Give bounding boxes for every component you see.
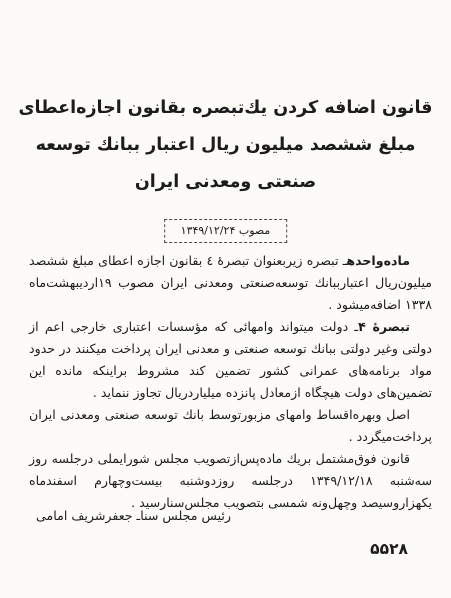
paragraph-ratification: قانون فوق‌مشتمل بريك ماده‌پس‌ازتصويب مجل… [29, 448, 432, 514]
title-line-2: مبلغ ششصد ميليون ريال اعتبار ببانك توسعه [10, 127, 441, 164]
paragraph-repayment: اصل وبهره‌اقساط وامهای مزبورتوسط بانك تو… [29, 404, 432, 448]
note-4-lead: تبصرهٔ ۴ [358, 319, 410, 334]
single-article-lead: ماده‌واحده [346, 253, 410, 268]
paragraph-note-4: تبصرهٔ ۴ـ دولت ميتواند وامهائی كه مؤسسات… [29, 316, 432, 404]
ratification-text: قانون فوق‌مشتمل بريك ماده‌پس‌ازتصويب مجل… [29, 451, 432, 510]
document-title: قانون اضافه كردن يك‌تبصره بقانون اجازه‌ا… [10, 90, 441, 201]
approval-stamp-box: مصوب ۱۳۴۹/۱۲/۲۴ [164, 219, 288, 243]
signature-line: رئيس مجلس سناـ جعفرشريف امامی [36, 508, 231, 523]
approval-stamp-label: مصوب ۱۳۴۹/۱۲/۲۴ [181, 224, 271, 237]
repayment-text: اصل وبهره‌اقساط وامهای مزبورتوسط بانك تو… [29, 407, 432, 444]
paragraph-single-article: ماده‌واحدهـ تبصره زيربعنوان تبصرهٔ ٤ بقا… [29, 250, 432, 316]
title-line-3: صنعتی ومعدنی ايران [10, 164, 441, 201]
scanned-law-document: قانون اضافه كردن يك‌تبصره بقانون اجازه‌ا… [0, 0, 451, 598]
document-number: ۵۵۲۸ [370, 540, 408, 558]
document-body: ماده‌واحدهـ تبصره زيربعنوان تبصرهٔ ٤ بقا… [29, 250, 432, 514]
title-line-1: قانون اضافه كردن يك‌تبصره بقانون اجازه‌ا… [10, 90, 441, 127]
